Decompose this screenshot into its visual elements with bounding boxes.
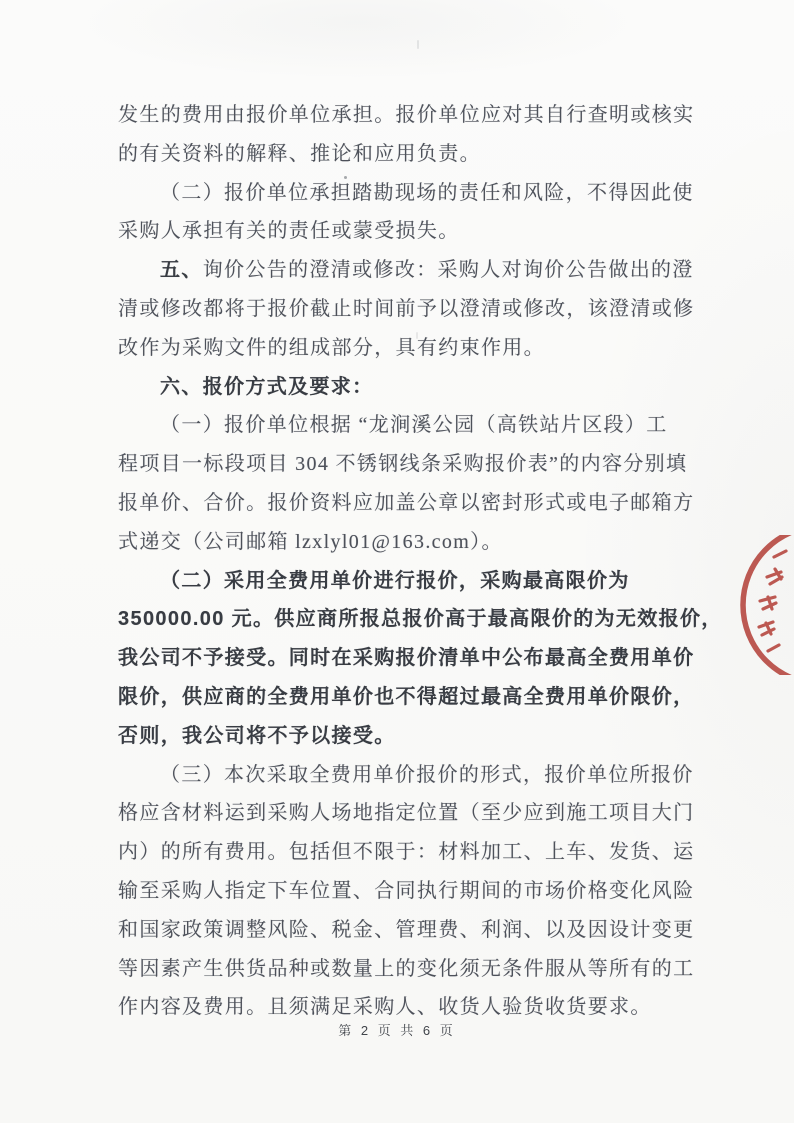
text-line: 否则，我公司将不予以接受。: [118, 717, 708, 756]
text-segment-bold: 五、: [160, 259, 203, 281]
text-line: 五、询价公告的澄清或修改：采购人对询价公告做出的澄: [118, 251, 708, 290]
page-footer: 第 2 页 共 6 页: [0, 1020, 794, 1039]
text-segment: 报单价、合价。报价资料应加盖公章以密封形式或电子邮箱方: [118, 492, 694, 514]
seal-ring: [743, 535, 794, 675]
text-line: 程项目一标段项目 304 不锈钢线条采购报价表”的内容分别填: [118, 445, 708, 484]
text-line: 限价，供应商的全费用单价也不得超过最高全费用单价限价，: [118, 678, 708, 717]
text-segment: 清或修改都将于报价截止时间前予以澄清或修改，该澄清或修: [118, 298, 694, 320]
scan-speck: [344, 176, 347, 179]
scanned-document-page: 发生的费用由报价单位承担。报价单位应对其自行查明或核实的有关资料的解释、推论和应…: [0, 0, 794, 1123]
text-segment: 式递交（公司邮箱 lzxlyl01@163.com）。: [118, 531, 503, 553]
document-body: 发生的费用由报价单位承担。报价单位应对其自行查明或核实的有关资料的解释、推论和应…: [118, 96, 708, 1027]
text-segment: （二）报价单位承担踏勘现场的责任和风险，不得因此使: [160, 182, 694, 204]
text-line: 发生的费用由报价单位承担。报价单位应对其自行查明或核实: [118, 96, 708, 135]
text-line: （二）报价单位承担踏勘现场的责任和风险，不得因此使: [118, 174, 708, 213]
text-segment: 询价公告的澄清或修改：采购人对询价公告做出的澄: [203, 259, 694, 281]
text-segment: 和国家政策调整风险、税金、管理费、利润、以及因设计变更: [118, 919, 694, 941]
text-segment: 格应含材料运到采购人场地指定位置（至少应到施工项目大门: [118, 802, 694, 824]
red-seal-partial: [734, 535, 794, 675]
text-line: 350000.00 元。供应商所报总报价高于最高限价的为无效报价，: [118, 600, 708, 639]
text-segment: 改作为采购文件的组成部分，具有约束作用。: [118, 337, 545, 359]
text-segment: （三）本次采取全费用单价报价的形式，报价单位所报价: [160, 764, 694, 786]
text-line: （三）本次采取全费用单价报价的形式，报价单位所报价: [118, 756, 708, 795]
text-segment: 发生的费用由报价单位承担。报价单位应对其自行查明或核实: [118, 104, 694, 126]
text-segment: 等因素产生供货品种或数量上的变化须无条件服从等所有的工: [118, 958, 694, 980]
text-line: 格应含材料运到采购人场地指定位置（至少应到施工项目大门: [118, 794, 708, 833]
text-segment-bold: 限价，供应商的全费用单价也不得超过最高全费用单价限价，: [118, 686, 694, 708]
text-line: 报单价、合价。报价资料应加盖公章以密封形式或电子邮箱方: [118, 484, 708, 523]
text-segment: （一）报价单位根据 “龙涧溪公园（高铁站片区段）工: [160, 414, 668, 436]
text-segment: 程项目一标段项目 304 不锈钢线条采购报价表”的内容分别填: [118, 453, 687, 475]
text-segment-bold: 我公司不予接受。同时在采购报价清单中公布最高全费用单价: [118, 647, 694, 669]
text-segment-bold: 350000.00 元。供应商所报总报价高于最高限价的为无效报价，: [118, 608, 723, 630]
text-segment: 作内容及费用。且须满足采购人、收货人验货收货要求。: [118, 996, 652, 1018]
text-segment: 采购人承担有关的责任或蒙受损失。: [118, 220, 460, 242]
text-segment: 输至采购人指定下车位置、合同执行期间的市场价格变化风险: [118, 880, 694, 902]
text-line: 清或修改都将于报价截止时间前予以澄清或修改，该澄清或修: [118, 290, 708, 329]
text-line: 我公司不予接受。同时在采购报价清单中公布最高全费用单价: [118, 639, 708, 678]
text-line: 等因素产生供货品种或数量上的变化须无条件服从等所有的工: [118, 950, 708, 989]
text-line: 式递交（公司邮箱 lzxlyl01@163.com）。: [118, 523, 708, 562]
text-line: （二）采用全费用单价进行报价，采购最高限价为: [118, 562, 708, 601]
text-segment-bold: 六、报价方式及要求：: [160, 376, 374, 398]
text-line: 改作为采购文件的组成部分，具有约束作用。: [118, 329, 708, 368]
text-line: 输至采购人指定下车位置、合同执行期间的市场价格变化风险: [118, 872, 708, 911]
text-line: 六、报价方式及要求：: [118, 368, 708, 407]
text-segment-bold: （二）采用全费用单价进行报价，采购最高限价为: [160, 570, 630, 592]
text-line: 内）的所有费用。包括但不限于：材料加工、上车、发货、运: [118, 833, 708, 872]
text-segment: 的有关资料的解释、推论和应用负责。: [118, 143, 481, 165]
seal-glyph-strokes: [759, 551, 786, 651]
text-line: 采购人承担有关的责任或蒙受损失。: [118, 212, 708, 251]
scan-speck: [417, 40, 419, 49]
scan-speck: [416, 332, 418, 339]
text-line: 和国家政策调整风险、税金、管理费、利润、以及因设计变更: [118, 911, 708, 950]
text-segment-bold: 否则，我公司将不予以接受。: [118, 725, 396, 747]
text-line: （一）报价单位根据 “龙涧溪公园（高铁站片区段）工: [118, 406, 708, 445]
text-line: 的有关资料的解释、推论和应用负责。: [118, 135, 708, 174]
text-segment: 内）的所有费用。包括但不限于：材料加工、上车、发货、运: [118, 841, 694, 863]
